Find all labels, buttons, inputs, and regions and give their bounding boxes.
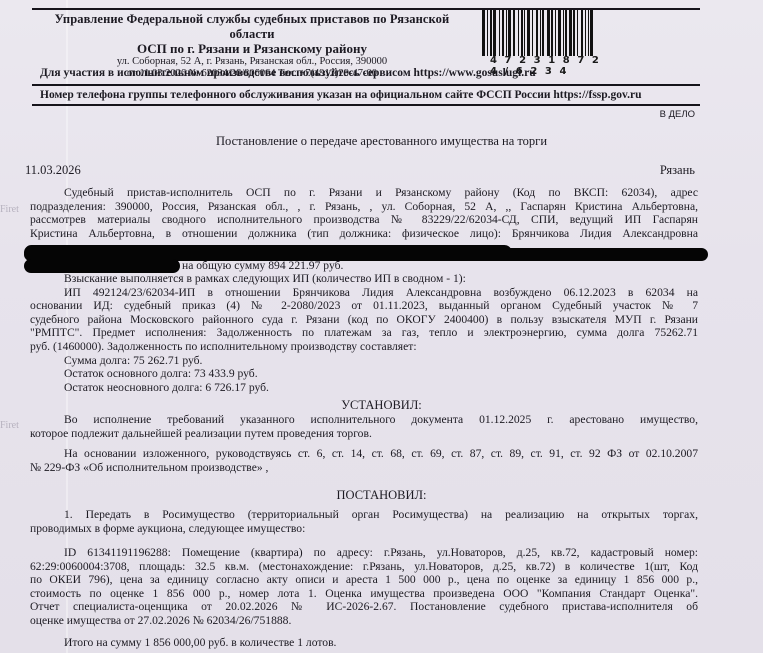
text-line: Судебный пристав-исполнитель ОСП по г. Р… bbox=[30, 186, 698, 200]
gosuslugi-notice: Для участия в исполнительном производств… bbox=[40, 67, 536, 79]
basis-paragraph: На основании изложенного, руководствуясь… bbox=[30, 447, 698, 474]
debt-principal-remaining: Остаток основного долга: 73 433.9 руб. bbox=[30, 367, 698, 381]
text-line: руб. (1460000). Задолженность по исполни… bbox=[30, 340, 698, 354]
text-line: 1. Передать в Росимущество (территориаль… bbox=[30, 508, 698, 522]
text-line: стоимость по оценке 1 856 000 р., номер … bbox=[30, 587, 698, 601]
text-line: рассмотрев материалы сводного исполнител… bbox=[30, 213, 698, 227]
margin-mark: Firet bbox=[0, 420, 19, 431]
text-line: судебного района Московского районного с… bbox=[30, 313, 698, 327]
margin-mark: Firet bbox=[0, 204, 19, 215]
text-line: Взыскание выполняется в рамках следующих… bbox=[30, 272, 698, 286]
text-line: Кристина Альбертовна, в отношении должни… bbox=[30, 227, 698, 241]
filing-stamp: В ДЕЛО bbox=[660, 109, 695, 120]
department-name: ОСП по г. Рязани и Рязанскому району bbox=[32, 42, 472, 56]
text-line: "РМПТС". Предмет исполнения: Задолженнос… bbox=[30, 326, 698, 340]
text-line: на общую сумму 894 221.97 руб. bbox=[182, 259, 582, 273]
resolved-heading: ПОСТАНОВИЛ: bbox=[0, 488, 763, 503]
text-line: ИП 492124/23/62034-ИП в отношении Брянчи… bbox=[30, 286, 698, 300]
phone-notice: Номер телефона группы телефонного обслуж… bbox=[40, 89, 642, 101]
text-line: проводимых в форме аукциона, следующее и… bbox=[30, 522, 698, 536]
resolved-item-1: 1. Передать в Росимущество (территориаль… bbox=[30, 508, 698, 535]
text-line: которое подлежит дальнейшей реализации п… bbox=[30, 427, 698, 441]
total-sum-line: на общую сумму 894 221.97 руб. bbox=[182, 259, 582, 273]
total-lots-line: Итого на сумму 1 856 000,00 руб. в колич… bbox=[30, 636, 698, 650]
text-line: основании ИД: судебный приказ (4) № 2-20… bbox=[30, 299, 698, 313]
document-page: Управление Федеральной службы судебных п… bbox=[0, 0, 763, 653]
text-line: по ОКЕИ 796), цена за единицу согласно а… bbox=[30, 573, 698, 587]
established-heading: УСТАНОВИЛ: bbox=[0, 398, 763, 413]
text-line: подразделения: 390000, Россия, Рязанская… bbox=[30, 200, 698, 214]
intro-paragraph: Судебный пристав-исполнитель ОСП по г. Р… bbox=[30, 186, 698, 240]
barcode bbox=[482, 10, 700, 56]
document-city: Рязань bbox=[660, 163, 695, 178]
text-line: Отчет специалиста-оценщика от 20.02.2026… bbox=[30, 600, 698, 614]
text-line: На основании изложенного, руководствуясь… bbox=[30, 447, 698, 461]
header-mid-rule bbox=[32, 84, 700, 86]
text-line: Итого на сумму 1 856 000,00 руб. в колич… bbox=[30, 636, 698, 650]
text-line: ID 61341191196288: Помещение (квартира) … bbox=[30, 546, 698, 560]
document-date: 11.03.2026 bbox=[25, 163, 81, 178]
established-paragraph: Во исполнение требований указанного испо… bbox=[30, 413, 698, 440]
text-line: оценке имущества от 27.02.2026 № 62034/2… bbox=[30, 614, 698, 628]
document-title: Постановление о передаче арестованного и… bbox=[0, 134, 763, 149]
property-description: ID 61341191196288: Помещение (квартира) … bbox=[30, 546, 698, 628]
barcode-bar bbox=[593, 10, 595, 56]
redaction-bar bbox=[24, 259, 180, 273]
recovery-paragraph: Взыскание выполняется в рамках следующих… bbox=[30, 272, 698, 394]
text-line: Во исполнение требований указанного испо… bbox=[30, 413, 698, 427]
text-line: № 229-ФЗ «Об исполнительном производстве… bbox=[30, 461, 698, 475]
header-bottom-rule bbox=[32, 104, 700, 106]
debt-total: Сумма долга: 75 262.71 руб. bbox=[30, 354, 698, 368]
text-line: 62:29:0060004:3708, площадь: 32.5 кв.м. … bbox=[30, 560, 698, 574]
organization-name: Управление Федеральной службы судебных п… bbox=[32, 12, 472, 42]
debt-non-principal-remaining: Остаток неосновного долга: 6 726.17 руб. bbox=[30, 381, 698, 395]
